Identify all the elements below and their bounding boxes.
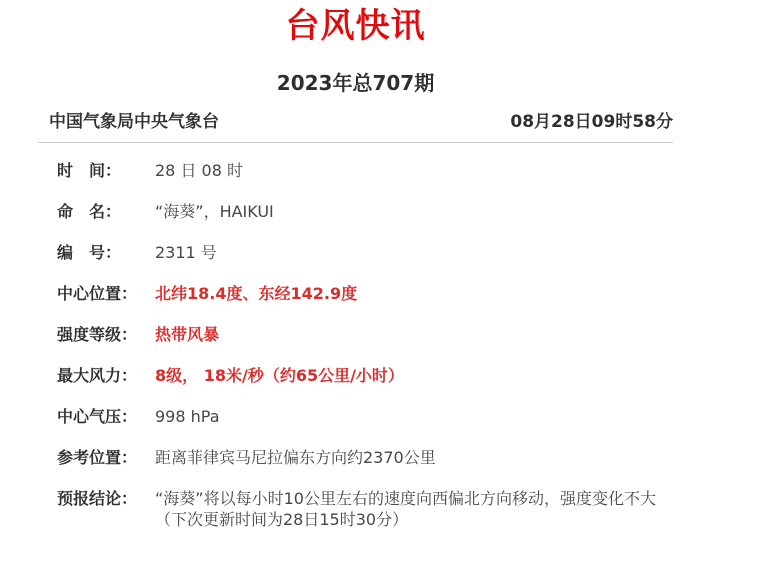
field-row-name: 命 名： “海葵”，HAIKUI [38, 191, 673, 232]
field-label: 最大风力： [38, 365, 155, 386]
field-label: 预报结论： [38, 488, 155, 509]
field-row-number: 编 号： 2311 号 [38, 232, 673, 273]
field-row-center-pressure: 中心气压： 998 hPa [38, 396, 673, 437]
field-label: 中心气压： [38, 406, 155, 427]
forecast-update-note: （下次更新时间为28日15时30分） [155, 509, 660, 530]
field-label: 中心位置： [38, 283, 155, 304]
field-row-center-position: 中心位置： 北纬18.4度、东经142.9度 [38, 273, 673, 314]
field-value: 热带风暴 [155, 324, 660, 345]
field-list: 时 间： 28 日 08 时 命 名： “海葵”，HAIKUI 编 号： 231… [38, 150, 673, 540]
bulletin-container: 台风快讯 2023年总707期 中国气象局中央气象台 08月28日09时58分 … [38, 0, 673, 540]
field-row-time: 时 间： 28 日 08 时 [38, 150, 673, 191]
page-title: 台风快讯 [38, 0, 673, 46]
field-value: 28 日 08 时 [155, 160, 660, 181]
typhoon-bulletin-page: 台风快讯 2023年总707期 中国气象局中央气象台 08月28日09时58分 … [0, 0, 767, 568]
field-row-max-wind: 最大风力： 8级， 18米/秒（约65公里/小时） [38, 355, 673, 396]
field-value: 2311 号 [155, 242, 660, 263]
field-row-reference-position: 参考位置： 距离菲律宾马尼拉偏东方向约2370公里 [38, 437, 673, 478]
field-label: 编 号： [38, 242, 155, 263]
issue-time: 08月28日09时58分 [510, 112, 673, 133]
agency-name: 中国气象局中央气象台 [49, 112, 219, 133]
field-label: 时 间： [38, 160, 155, 181]
issue-number: 2023年总707期 [38, 71, 673, 95]
field-row-intensity: 强度等级： 热带风暴 [38, 314, 673, 355]
field-value: 北纬18.4度、东经142.9度 [155, 283, 660, 304]
field-label: 参考位置： [38, 447, 155, 468]
field-value: 8级， 18米/秒（约65公里/小时） [155, 365, 660, 386]
field-label: 强度等级： [38, 324, 155, 345]
bulletin-header: 中国气象局中央气象台 08月28日09时58分 [38, 112, 673, 143]
forecast-text: “海葵”将以每小时10公里左右的速度向西偏北方向移动，强度变化不大 [155, 488, 660, 509]
field-label: 命 名： [38, 201, 155, 222]
field-row-forecast-conclusion: 预报结论： “海葵”将以每小时10公里左右的速度向西偏北方向移动，强度变化不大 … [38, 478, 673, 540]
field-value: “海葵”将以每小时10公里左右的速度向西偏北方向移动，强度变化不大 （下次更新时… [155, 488, 660, 530]
field-value: 距离菲律宾马尼拉偏东方向约2370公里 [155, 447, 660, 468]
field-value: 998 hPa [155, 406, 660, 427]
field-value: “海葵”，HAIKUI [155, 201, 660, 222]
